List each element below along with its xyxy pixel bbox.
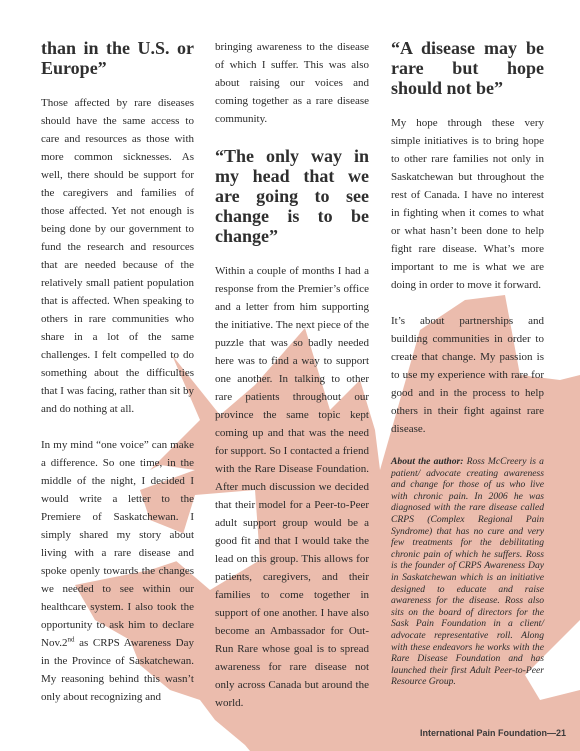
paragraph-access: Those affected by rare diseases should h… [41, 94, 194, 418]
paragraph-hope: My hope through these very simple initia… [391, 114, 544, 294]
paragraph-bringing-awareness: bringing awareness to the disease of whi… [215, 38, 369, 128]
paragraph-premier-response: Within a couple of months I had a respon… [215, 262, 369, 712]
heading-continued: than in the U.S. or Europe” [41, 38, 194, 78]
column-1: than in the U.S. or Europe” Those affect… [41, 38, 194, 724]
paragraph-partnerships: It’s about partnerships and building com… [391, 312, 544, 438]
pull-quote-heading-change: “The only way in my head that we are goi… [215, 146, 369, 246]
column-2: bringing awareness to the disease of whi… [215, 38, 369, 730]
column-3: “A disease may be rare but hope should n… [391, 38, 544, 706]
paragraph-one-voice: In my mind “one voice” can make a differ… [41, 436, 194, 706]
page-footer: International Pain Foundation—21 [420, 728, 566, 738]
pull-quote-heading-hope: “A disease may be rare but hope should n… [391, 38, 544, 98]
about-the-author: About the author: Ross McCreery is a pat… [391, 456, 544, 688]
